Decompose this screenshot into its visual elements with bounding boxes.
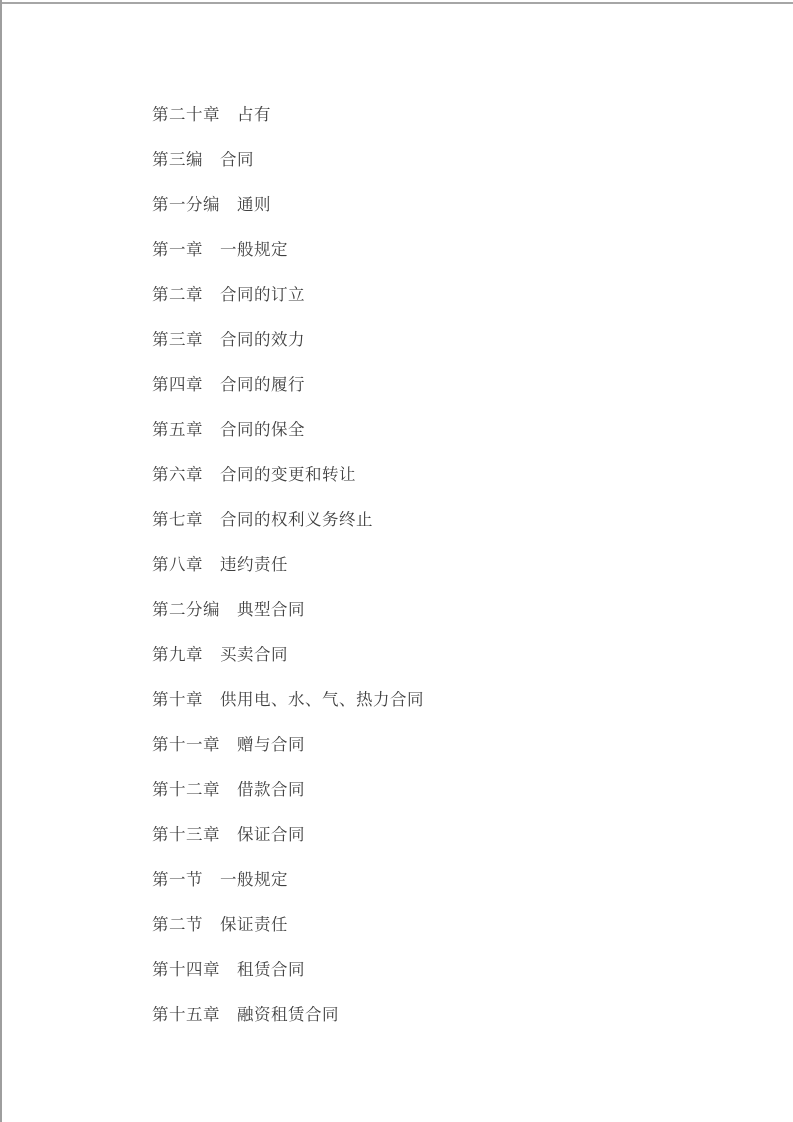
toc-line: 第五章 合同的保全 [152, 407, 753, 452]
toc-line-label: 第十四章 [152, 960, 220, 979]
toc-line-label: 第二章 [152, 285, 203, 304]
toc-line: 第十章 供用电、水、气、热力合同 [152, 677, 753, 722]
toc-line-title: 租赁合同 [237, 960, 305, 979]
page-edge-top-line [0, 2, 793, 4]
toc-line-title: 合同的变更和转让 [220, 465, 356, 484]
toc-line: 第三章 合同的效力 [152, 317, 753, 362]
toc-line-title: 买卖合同 [220, 645, 288, 664]
toc-line: 第九章 买卖合同 [152, 632, 753, 677]
toc-line-title: 合同的保全 [220, 420, 305, 439]
document-page: 第二十章 占有第三编 合同第一分编 通则第一章 一般规定第二章 合同的订立第三章… [0, 0, 793, 1122]
toc-list: 第二十章 占有第三编 合同第一分编 通则第一章 一般规定第二章 合同的订立第三章… [152, 92, 753, 1037]
toc-line-label: 第十三章 [152, 825, 220, 844]
toc-line-title: 合同的权利义务终止 [220, 510, 373, 529]
toc-line-label: 第二分编 [152, 600, 220, 619]
toc-line-title: 一般规定 [220, 240, 288, 259]
toc-line-title: 违约责任 [220, 555, 288, 574]
toc-line: 第四章 合同的履行 [152, 362, 753, 407]
toc-line-label: 第二节 [152, 915, 203, 934]
toc-line: 第二分编 典型合同 [152, 587, 753, 632]
toc-line-title: 合同 [220, 150, 254, 169]
toc-line-label: 第十二章 [152, 780, 220, 799]
toc-line-label: 第六章 [152, 465, 203, 484]
toc-line-label: 第十章 [152, 690, 203, 709]
toc-line-title: 合同的履行 [220, 375, 305, 394]
toc-line-title: 典型合同 [237, 600, 305, 619]
toc-line-label: 第一分编 [152, 195, 220, 214]
toc-line: 第十五章 融资租赁合同 [152, 992, 753, 1037]
toc-line: 第一章 一般规定 [152, 227, 753, 272]
toc-line: 第十三章 保证合同 [152, 812, 753, 857]
toc-line-title: 占有 [237, 105, 271, 124]
toc-line: 第二十章 占有 [152, 92, 753, 137]
toc-line: 第八章 违约责任 [152, 542, 753, 587]
toc-line-label: 第十五章 [152, 1005, 220, 1024]
toc-line-label: 第四章 [152, 375, 203, 394]
toc-line: 第二章 合同的订立 [152, 272, 753, 317]
toc-line-title: 赠与合同 [237, 735, 305, 754]
page-edge-left-line [0, 0, 2, 1122]
toc-line-label: 第五章 [152, 420, 203, 439]
toc-line-title: 合同的效力 [220, 330, 305, 349]
toc-line-label: 第三编 [152, 150, 203, 169]
toc-line: 第二节 保证责任 [152, 902, 753, 947]
toc-line-title: 供用电、水、气、热力合同 [220, 690, 424, 709]
toc-line-label: 第七章 [152, 510, 203, 529]
toc-line-title: 合同的订立 [220, 285, 305, 304]
toc-line: 第七章 合同的权利义务终止 [152, 497, 753, 542]
toc-line-title: 一般规定 [220, 870, 288, 889]
toc-line: 第一分编 通则 [152, 182, 753, 227]
toc-line: 第十二章 借款合同 [152, 767, 753, 812]
toc-line-title: 保证合同 [237, 825, 305, 844]
toc-line-label: 第十一章 [152, 735, 220, 754]
toc-line-label: 第三章 [152, 330, 203, 349]
toc-line-title: 保证责任 [220, 915, 288, 934]
toc-line-label: 第九章 [152, 645, 203, 664]
toc-line-label: 第一节 [152, 870, 203, 889]
toc-line-title: 融资租赁合同 [237, 1005, 339, 1024]
toc-line: 第十一章 赠与合同 [152, 722, 753, 767]
toc-line: 第一节 一般规定 [152, 857, 753, 902]
toc-line-title: 借款合同 [237, 780, 305, 799]
toc-line: 第十四章 租赁合同 [152, 947, 753, 992]
toc-line-label: 第八章 [152, 555, 203, 574]
toc-line: 第六章 合同的变更和转让 [152, 452, 753, 497]
toc-line: 第三编 合同 [152, 137, 753, 182]
toc-line-label: 第一章 [152, 240, 203, 259]
toc-line-label: 第二十章 [152, 105, 220, 124]
toc-line-title: 通则 [237, 195, 271, 214]
